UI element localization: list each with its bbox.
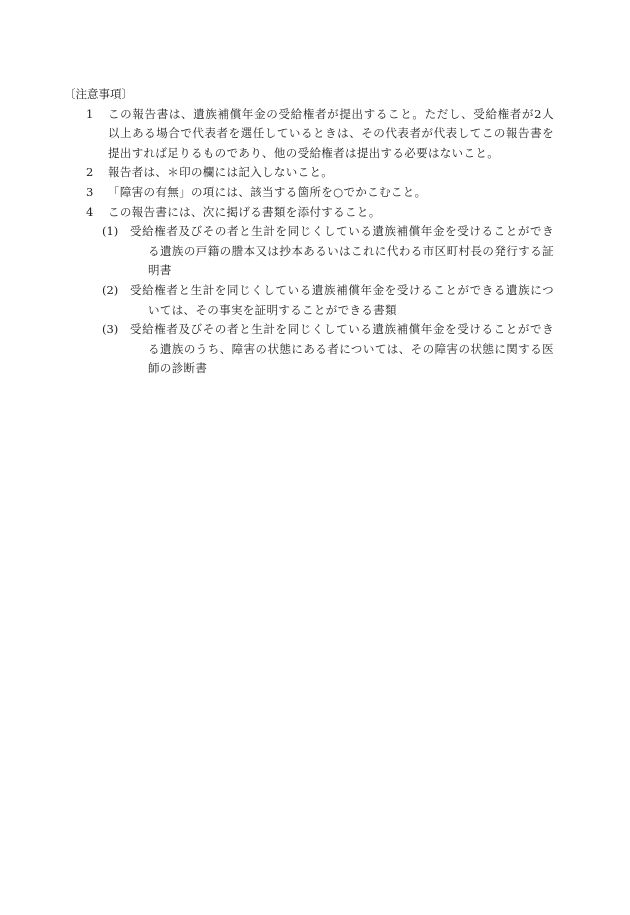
note-text: 「障害の有無」の項には、該当する箇所を○でかこむこと。 [108, 183, 554, 203]
note-number: 2 [64, 163, 108, 183]
notes-section: 〔注意事項〕 1 この報告書は、遺族補償年金の受給権者が提出すること。ただし、受… [64, 85, 554, 379]
attachment-number: (2) [102, 281, 130, 320]
attachment-number: (1) [102, 222, 130, 281]
attachment-text: 受給権者及びその者と生計を同じくしている遺族補償年金を受けることができる遺族のう… [130, 320, 554, 379]
note-text: この報告書は、遺族補償年金の受給権者が提出すること。ただし、受給権者が2人以上あ… [108, 105, 554, 164]
attachment-number: (3) [102, 320, 130, 379]
note-text: 報告者は、＊印の欄には記入しないこと。 [108, 163, 554, 183]
note-item-4: 4 この報告書には、次に掲げる書類を添付すること。 [64, 203, 554, 223]
note-item-2: 2 報告者は、＊印の欄には記入しないこと。 [64, 163, 554, 183]
attachment-item-1: (1) 受給権者及びその者と生計を同じくしている遺族補償年金を受けることができる… [102, 222, 554, 281]
note-item-3: 3 「障害の有無」の項には、該当する箇所を○でかこむこと。 [64, 183, 554, 203]
note-number: 3 [64, 183, 108, 203]
attachment-text: 受給権者と生計を同じくしている遺族補償年金を受けることができる遺族については、そ… [130, 281, 554, 320]
attachment-text: 受給権者及びその者と生計を同じくしている遺族補償年金を受けることができる遺族の戸… [130, 222, 554, 281]
notes-heading: 〔注意事項〕 [64, 85, 554, 105]
note-item-1: 1 この報告書は、遺族補償年金の受給権者が提出すること。ただし、受給権者が2人以… [64, 105, 554, 164]
attachment-item-3: (3) 受給権者及びその者と生計を同じくしている遺族補償年金を受けることができる… [102, 320, 554, 379]
note-text: この報告書には、次に掲げる書類を添付すること。 [108, 203, 554, 223]
attachment-item-2: (2) 受給権者と生計を同じくしている遺族補償年金を受けることができる遺族につい… [102, 281, 554, 320]
note-number: 4 [64, 203, 108, 223]
note-number: 1 [64, 105, 108, 164]
